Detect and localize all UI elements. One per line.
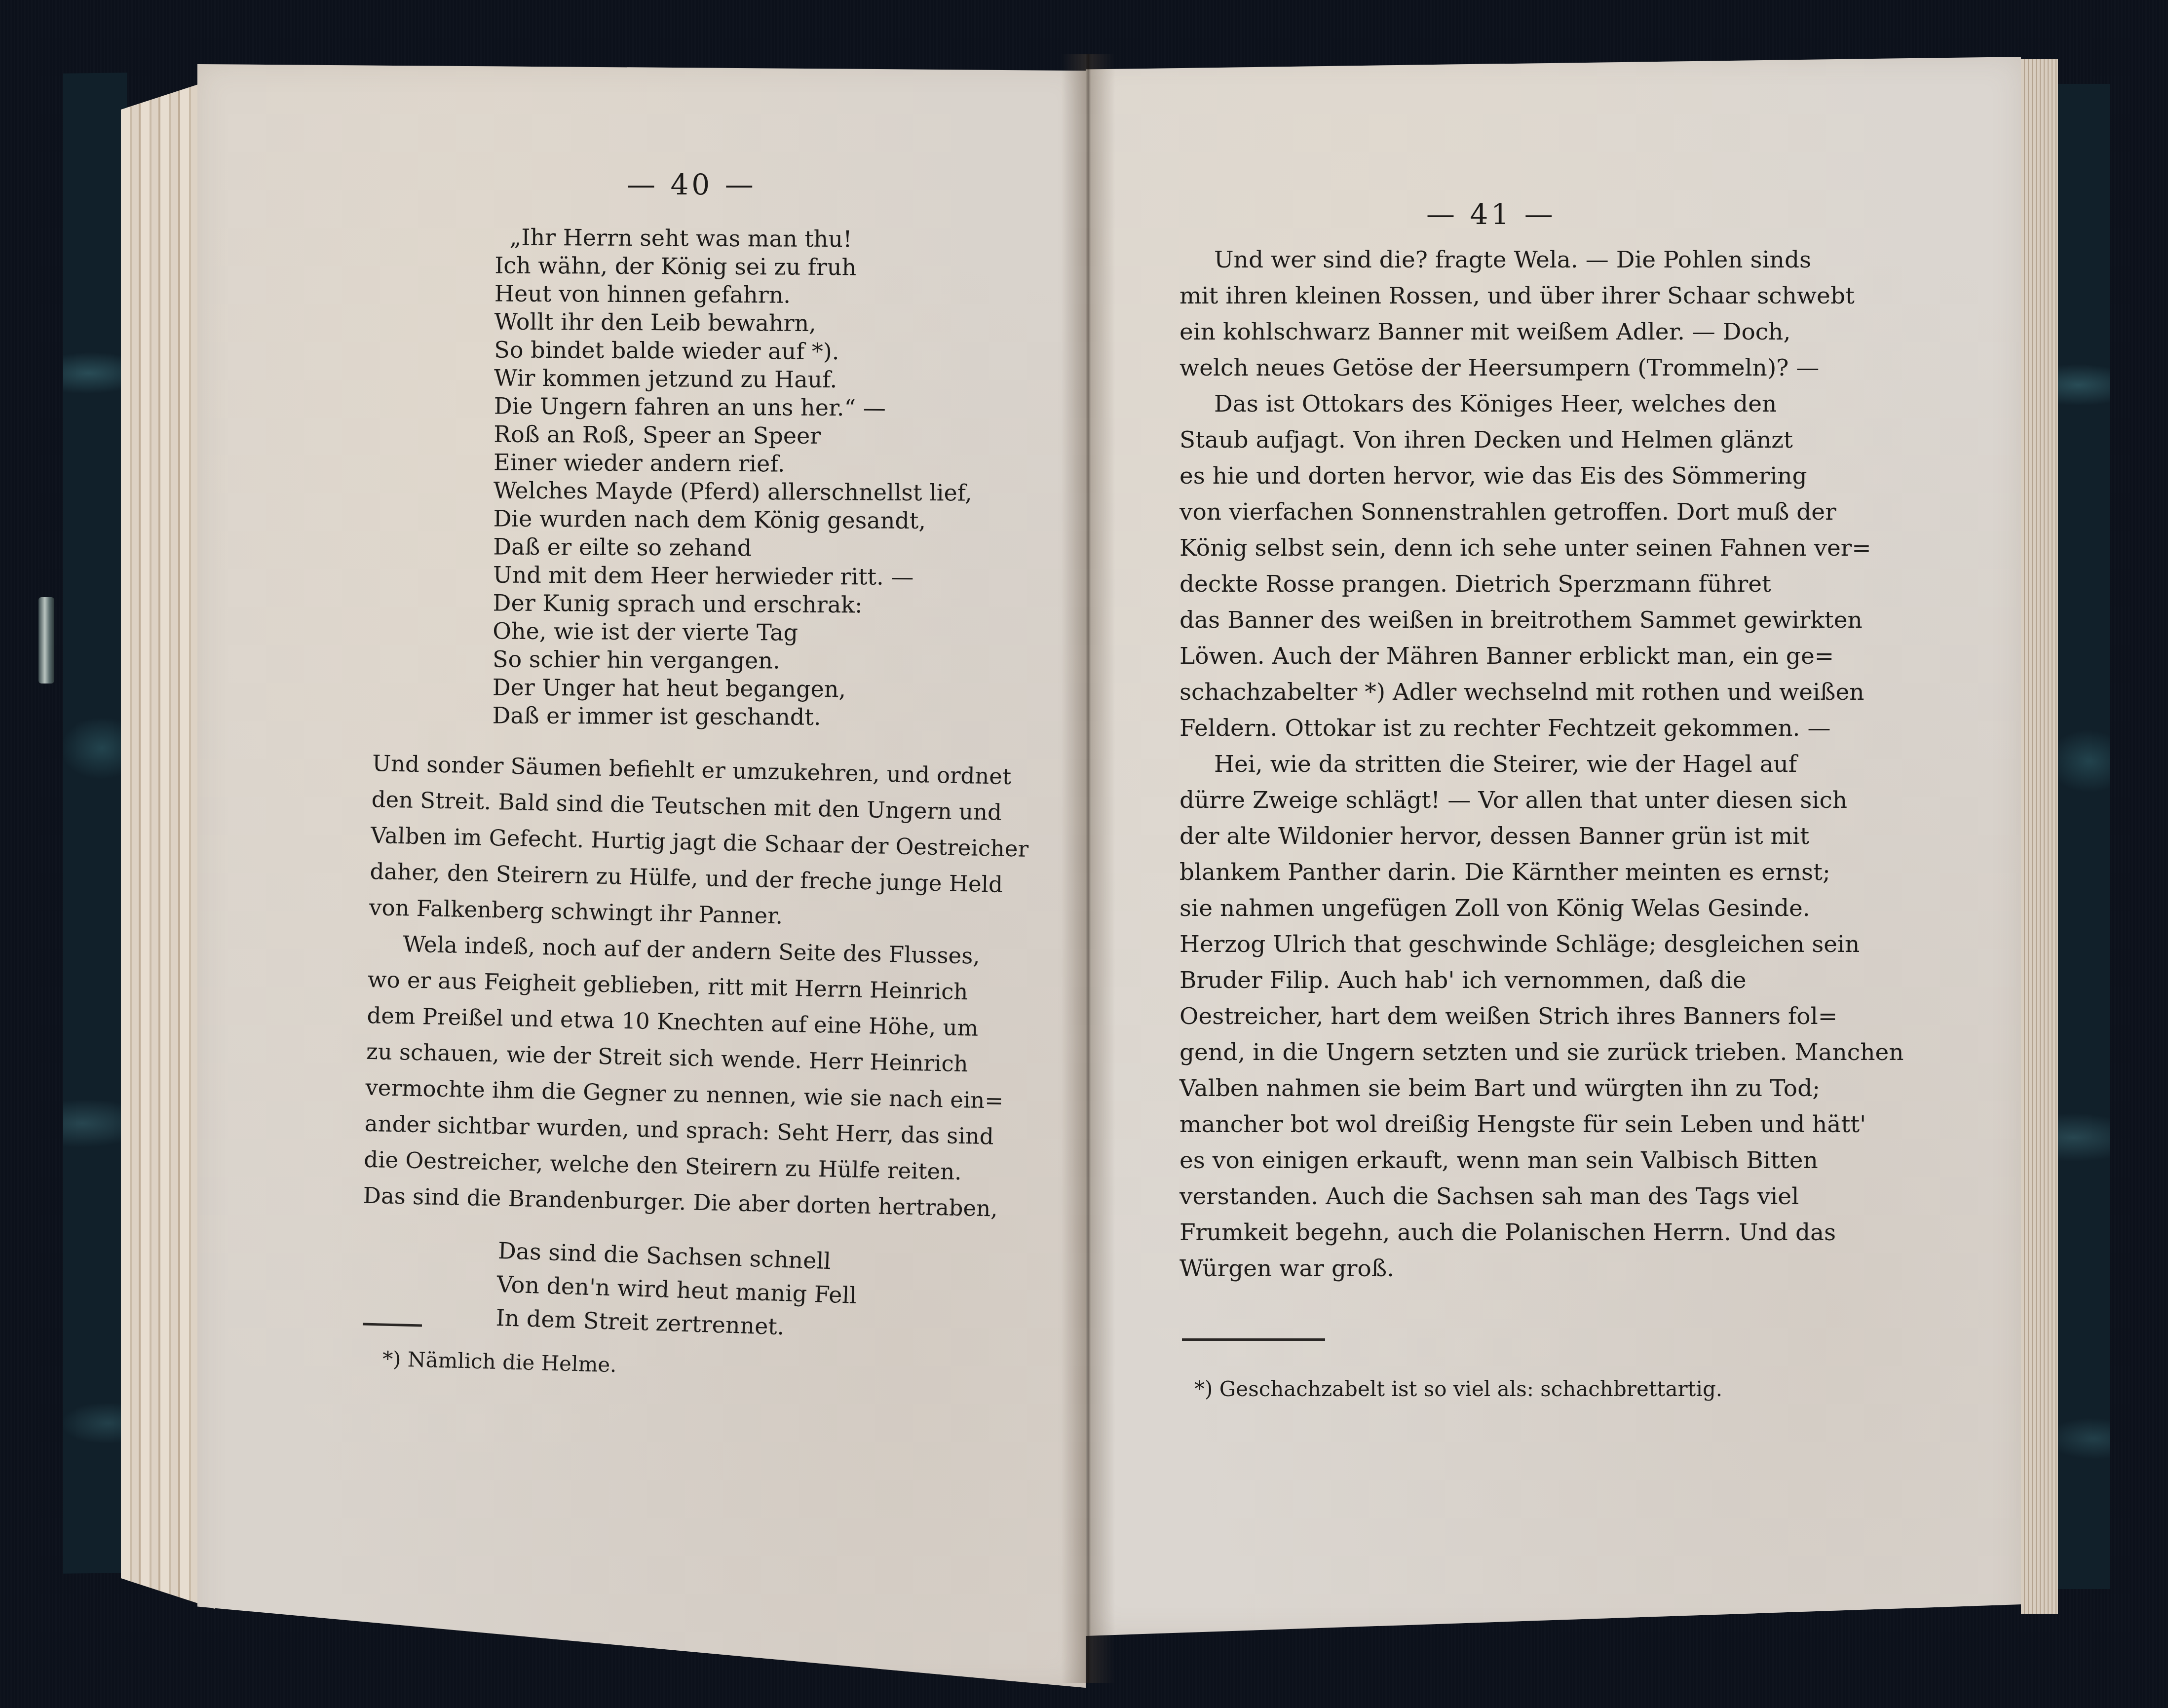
prose-line: mancher bot wol dreißig Hengste für sein… (1179, 1106, 1904, 1142)
verse-line: Der Kunig sprach und erschrak: (493, 589, 972, 619)
prose-line: deckte Rosse prangen. Dietrich Sperzmann… (1179, 566, 1904, 602)
left-marbled-cover (63, 73, 127, 1573)
page-number-left: — 40 — (627, 168, 757, 201)
verse-line: Daß er immer ist geschandt. (492, 701, 971, 732)
prose-line: Feldern. Ottokar ist zu rechter Fechtzei… (1179, 710, 1904, 746)
prose-line: von vierfachen Sonnenstrahlen getroffen.… (1179, 494, 1904, 530)
prose-line: Frumkeit begehn, auch die Polanischen He… (1179, 1215, 1904, 1251)
prose-line: Staub aufjagt. Von ihren Decken und Helm… (1179, 422, 1904, 458)
verse-line: Einer wieder andern rief. (494, 448, 972, 479)
verse-line: Und mit dem Heer herwieder ritt. — (493, 561, 972, 591)
verse-line: Ich wähn, der König sei zu fruh (494, 251, 973, 282)
verse-line: Die Ungern fahren an uns her.“ — (494, 392, 973, 422)
prose-line: Das ist Ottokars des Königes Heer, welch… (1179, 386, 1904, 422)
right-marbled-cover (2058, 84, 2110, 1589)
verse-line: Wollt ihr den Leib bewahrn, (494, 307, 973, 338)
prose-line: König selbst sein, denn ich sehe unter s… (1179, 530, 1904, 566)
left-prose-1: Und sonder Säumen befiehlt er umzukehren… (363, 745, 1030, 1227)
prose-line: Oestreicher, hart dem weißen Strich ihre… (1179, 998, 1904, 1034)
prose-line: mit ihren kleinen Rossen, und über ihrer… (1179, 278, 1904, 314)
right-page-stack (2021, 59, 2058, 1614)
verse-line: So bindet balde wieder auf *). (494, 336, 973, 366)
prose-line: welch neues Getöse der Heersumpern (Trom… (1179, 350, 1904, 386)
left-verse-1: „Ihr Herrn seht was man thu! Ich wähn, d… (492, 223, 973, 732)
prose-line: Herzog Ulrich that geschwinde Schläge; d… (1179, 926, 1904, 962)
prose-line: Hei, wie da stritten die Steirer, wie de… (1179, 746, 1904, 782)
right-prose: Und wer sind die? fragte Wela. — Die Poh… (1179, 242, 1904, 1287)
prose-line: der alte Wildonier hervor, dessen Banner… (1179, 818, 1904, 854)
prose-line: Valben nahmen sie beim Bart und würgten … (1179, 1070, 1904, 1106)
book-gutter (1061, 54, 1115, 1683)
prose-line: ein kohlschwarz Banner mit weißem Adler.… (1179, 314, 1904, 350)
prose-line: schachzabelter *) Adler wechselnd mit ro… (1179, 674, 1904, 710)
verse-line: „Ihr Herrn seht was man thu! (494, 223, 973, 254)
footnote-right: *) Geschachzabelt ist so viel als: schac… (1194, 1377, 1722, 1401)
verse-line: Die wurden nach dem König gesandt, (493, 504, 972, 535)
prose-line: es von einigen erkauft, wenn man sein Va… (1179, 1142, 1904, 1178)
prose-line: verstanden. Auch die Sachsen sah man des… (1179, 1178, 1904, 1215)
prose-line: gend, in die Ungern setzten und sie zurü… (1179, 1034, 1904, 1070)
verse-line: Wir kommen jetzund zu Hauf. (494, 364, 973, 394)
verse-line: Welches Mayde (Pferd) allerschnellst lie… (494, 476, 972, 507)
verse-line: Roß an Roß, Speer an Speer (494, 420, 972, 451)
page-number-right: — 41 — (1426, 197, 1556, 231)
metal-clasp (38, 597, 54, 683)
prose-line: sie nahmen ungefügen Zoll von König Wela… (1179, 890, 1904, 926)
verse-line: Ohe, wie ist der vierte Tag (493, 617, 971, 647)
prose-line: Und wer sind die? fragte Wela. — Die Poh… (1179, 242, 1904, 278)
verse-line: Der Unger hat heut begangen, (493, 673, 971, 704)
prose-line: blankem Panther darin. Die Kärnther mein… (1179, 854, 1904, 890)
prose-line: es hie und dorten hervor, wie das Eis de… (1179, 458, 1904, 494)
prose-line: dürre Zweige schlägt! — Vor allen that u… (1179, 782, 1904, 818)
footnote-rule-right (1182, 1338, 1325, 1341)
verse-line: Daß er eilte so zehand (493, 532, 972, 563)
verse-line: So schier hin vergangen. (493, 645, 971, 676)
prose-line: das Banner des weißen in breitrothem Sam… (1179, 602, 1904, 638)
prose-line: Löwen. Auch der Mähren Banner erblickt m… (1179, 638, 1904, 674)
prose-line: Bruder Filip. Auch hab' ich vernommen, d… (1179, 962, 1904, 998)
left-verse-2: Das sind die Sachsen schnell Von den'n w… (495, 1234, 858, 1346)
prose-line: Würgen war groß. (1179, 1251, 1904, 1287)
verse-line: Heut von hinnen gefahrn. (494, 279, 973, 310)
